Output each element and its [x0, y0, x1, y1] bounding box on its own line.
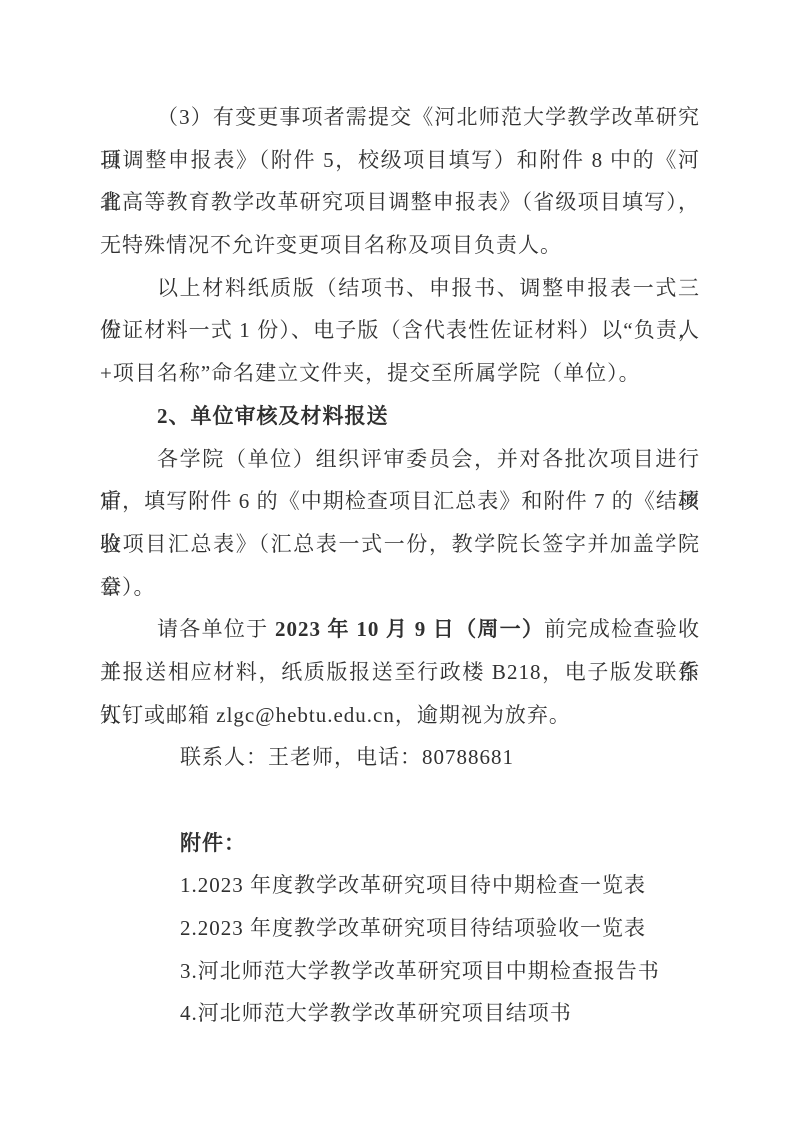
para-review-line-4: 章）。 [100, 566, 700, 609]
para-3-line-2: 目调整申报表》（附件 5，校级项目填写）和附件 8 中的《河北 [100, 139, 700, 182]
para-materials-line-3: +项目名称”命名建立文件夹，提交至所属学院（单位）。 [100, 352, 700, 395]
para-materials-line-1: 以上材料纸质版（结项书、申报书、调整申报表一式三份， [100, 267, 700, 310]
bold-text-segment: 2023 年 10 月 9 日（周一） [275, 617, 544, 641]
para-materials-line-2: 佐证材料一式 1 份）、电子版（含代表性佐证材料）以“负责人 [100, 309, 700, 352]
text-segment: 联系人：王老师，电话：80788681 [180, 745, 514, 769]
attachment-item-4: 4.河北师范大学教学改革研究项目结项书 [100, 992, 700, 1035]
text-segment: 2、单位审核及材料报送 [157, 404, 389, 428]
para-deadline-line-3: 钉钉或邮箱 zlgc@hebtu.edu.cn，逾期视为放弃。 [100, 694, 700, 737]
text-segment: 钉钉或邮箱 zlgc@hebtu.edu.cn，逾期视为放弃。 [100, 703, 571, 727]
text-segment: 4.河北师范大学教学改革研究项目结项书 [180, 1001, 572, 1025]
spacer-line [100, 779, 700, 822]
section-heading-2: 2、单位审核及材料报送 [100, 395, 700, 438]
text-segment: 1.2023 年度教学改革研究项目待中期检查一览表 [180, 873, 646, 897]
text-segment: +项目名称”命名建立文件夹，提交至所属学院（单位）。 [100, 361, 641, 385]
attachments-heading: 附件： [100, 822, 700, 865]
para-3-line-3: 省高等教育教学改革研究项目调整申报表》（省级项目填写）， [100, 181, 700, 224]
para-deadline-line-1: 请各单位于 2023 年 10 月 9 日（周一）前完成检查验收工作 [100, 608, 700, 651]
text-segment: 无特殊情况不允许变更项目名称及项目负责人。 [100, 233, 562, 257]
para-review-line-2: 后，填写附件 6 的《中期检查项目汇总表》和附件 7 的《结项验 [100, 480, 700, 523]
text-segment: 佐证材料一式 1 份）、电子版（含代表性佐证材料）以“负责人 [100, 318, 700, 342]
text-segment: 章）。 [100, 575, 156, 599]
attachment-item-3: 3.河北师范大学教学改革研究项目中期检查报告书 [100, 950, 700, 993]
text-segment: 附件： [180, 831, 246, 855]
text-segment: 3.河北师范大学教学改革研究项目中期检查报告书 [180, 959, 660, 983]
text-segment: 2.2023 年度教学改革研究项目待结项验收一览表 [180, 916, 646, 940]
attachment-item-1: 1.2023 年度教学改革研究项目待中期检查一览表 [100, 864, 700, 907]
document-body: （3）有变更事项者需提交《河北师范大学教学改革研究项目调整申报表》（附件 5，校… [100, 96, 700, 1035]
contact-line: 联系人：王老师，电话：80788681 [100, 736, 700, 779]
text-segment: 请各单位于 [157, 617, 275, 641]
para-3-line-4: 无特殊情况不允许变更项目名称及项目负责人。 [100, 224, 700, 267]
text-segment: 省高等教育教学改革研究项目调整申报表》（省级项目填写）， [100, 190, 700, 214]
para-review-line-3: 收项目汇总表》（汇总表一式一份，教学院长签字并加盖学院公 [100, 523, 700, 566]
attachment-item-2: 2.2023 年度教学改革研究项目待结项验收一览表 [100, 907, 700, 950]
para-3-line-1: （3）有变更事项者需提交《河北师范大学教学改革研究项 [100, 96, 700, 139]
para-review-line-1: 各学院（单位）组织评审委员会，并对各批次项目进行审核 [100, 438, 700, 481]
para-deadline-line-2: 并报送相应材料，纸质版报送至行政楼 B218，电子版发联系人 [100, 651, 700, 694]
document-page: （3）有变更事项者需提交《河北师范大学教学改革研究项目调整申报表》（附件 5，校… [0, 0, 800, 1131]
